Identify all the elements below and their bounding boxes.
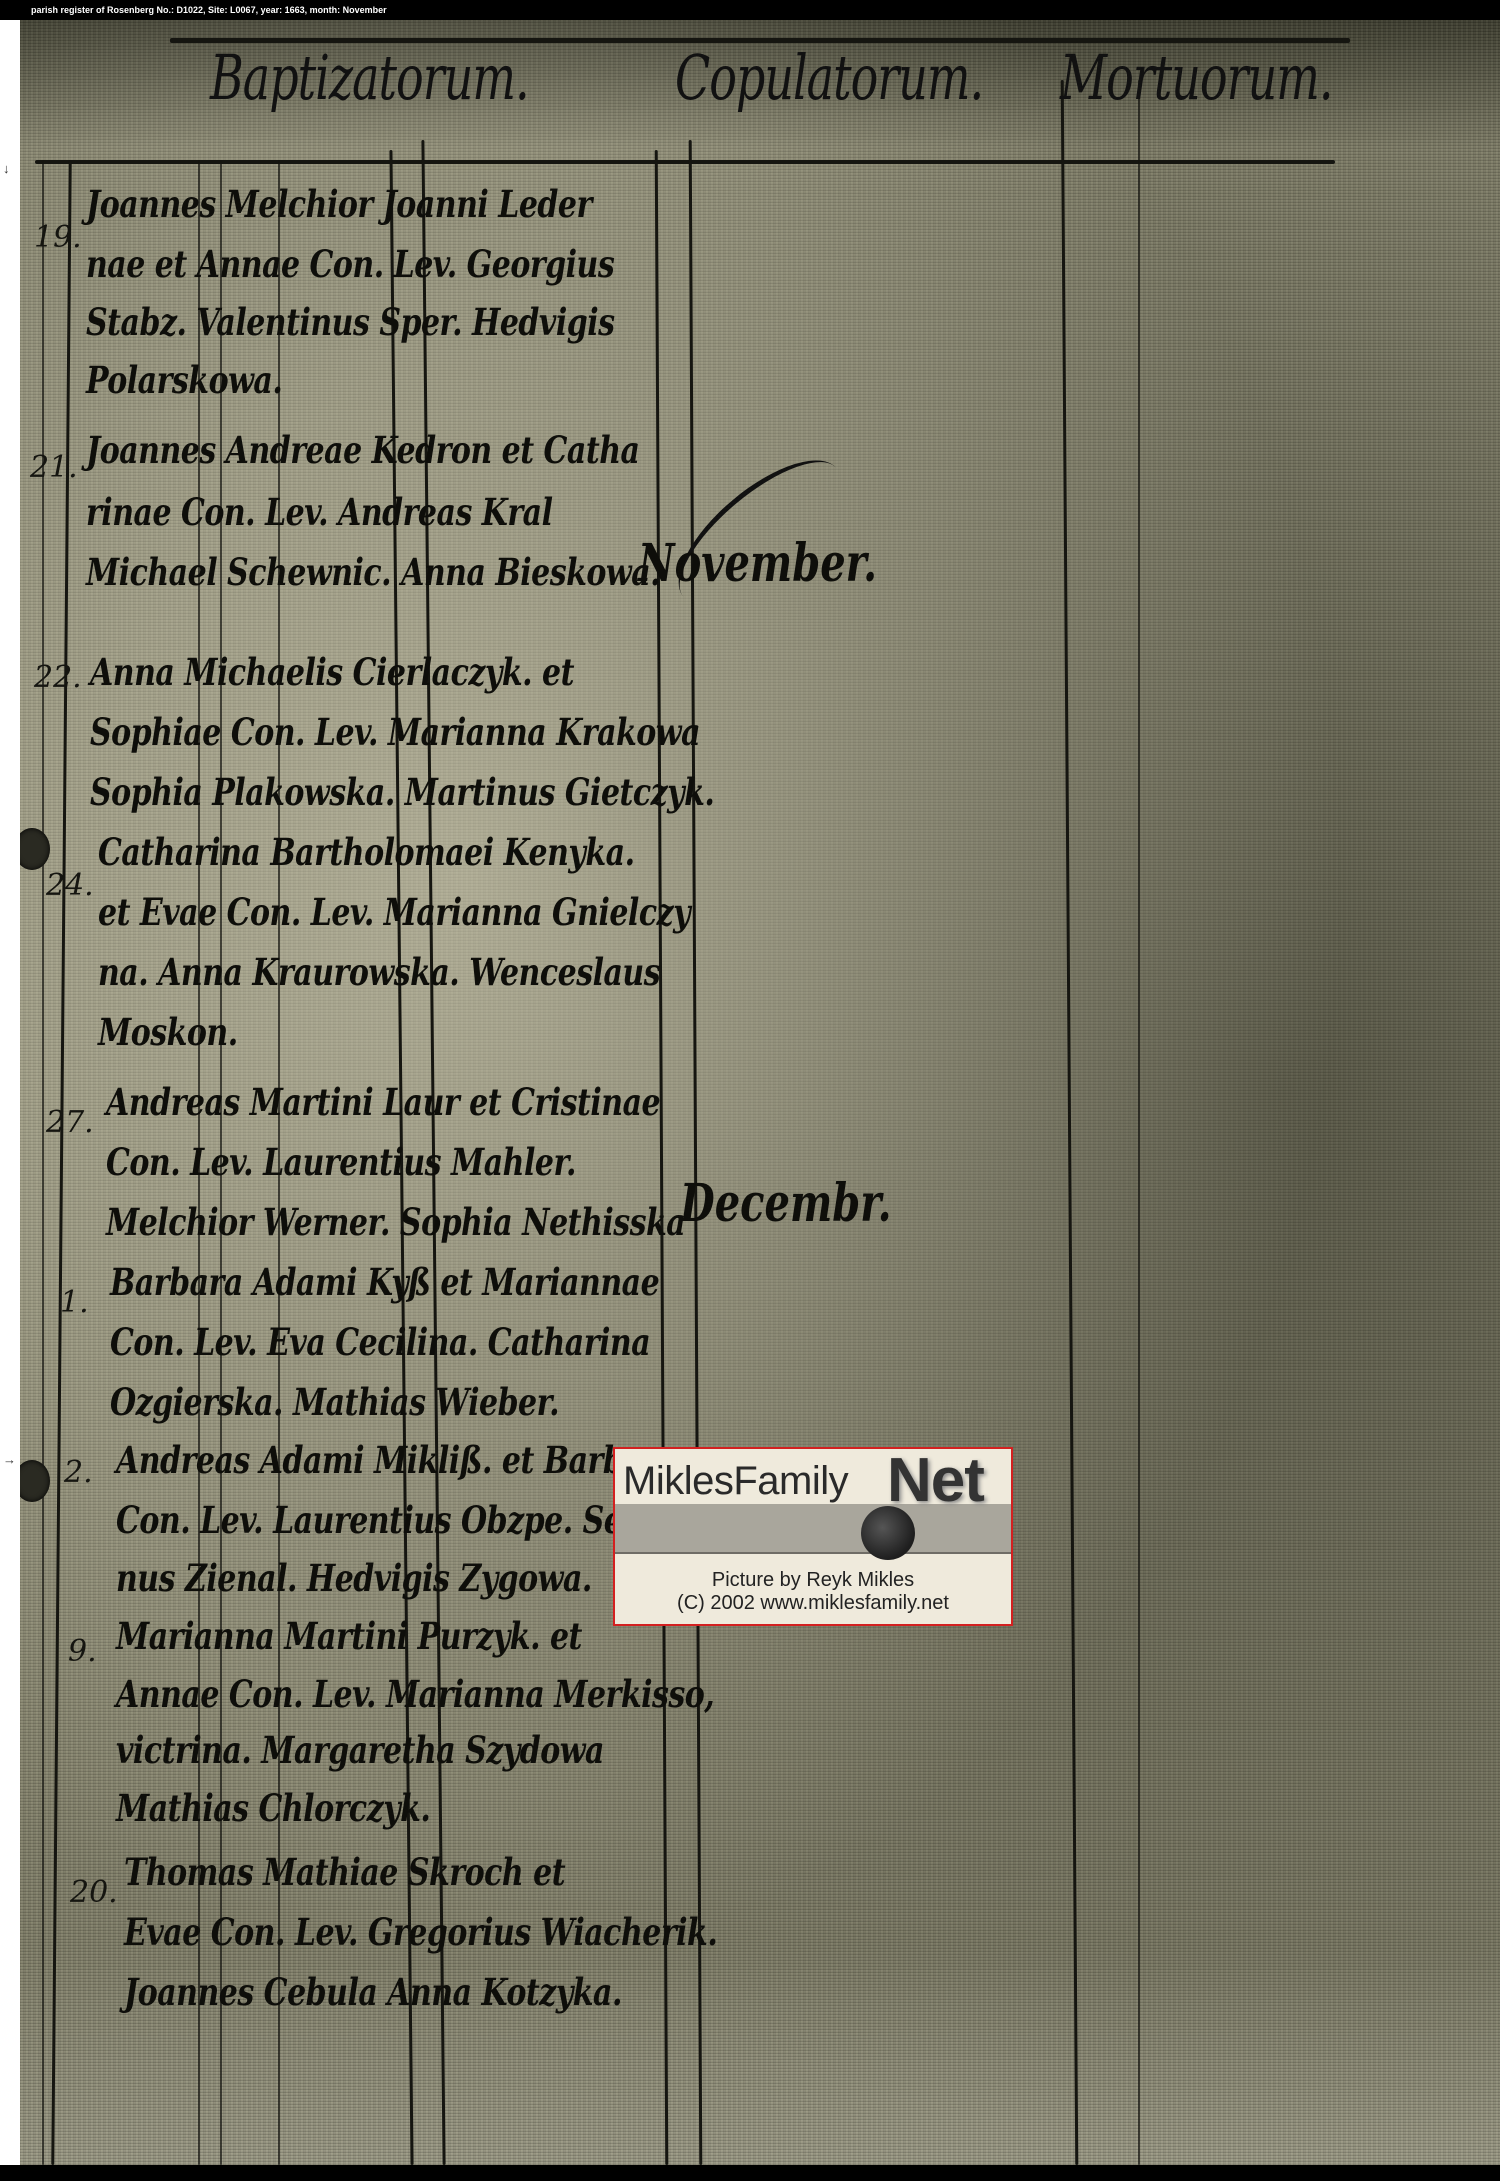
page-edge-line (1138, 80, 1140, 2165)
entry-number: 21. (30, 450, 78, 485)
entry-line: Andreas Martini Laur et Cristinae (106, 1081, 660, 1125)
entry-number: 19. (34, 220, 82, 255)
entry-line: Moskon. (98, 1011, 238, 1055)
entry-line: Con. Lev. Laurentius Mahler. (106, 1141, 576, 1185)
image-caption-bar: parish register of Rosenberg No.: D1022,… (0, 0, 1500, 20)
entry-line: Marianna Martini Purzyk. et (116, 1615, 582, 1659)
entry-line: Sophiae Con. Lev. Marianna Krakowa (90, 711, 700, 755)
entry-line: nae et Annae Con. Lev. Georgius (86, 243, 614, 287)
entry-line: Joannes Andreae Kedron et Catha (86, 429, 639, 473)
punch-hole (20, 1460, 50, 1502)
entry-line: Michael Schewnic. Anna Bieskowa. (86, 551, 660, 595)
entry-line: nus Zienal. Hedvigis Zygowa. (116, 1557, 592, 1601)
entry-number: 27. (46, 1105, 94, 1140)
entry-line: Stabz. Valentinus Sper. Hedvigis (86, 301, 615, 345)
month-mark-november: November. (638, 533, 877, 594)
entry-line: Joannes Melchior Joanni Leder (86, 183, 592, 227)
entry-line: Andreas Adami Mikliß. et Barbarae (116, 1439, 695, 1483)
right-arrow-icon: → (3, 1453, 16, 1466)
entry-line: Melchior Werner. Sophia Nethisska (106, 1201, 685, 1245)
punch-hole (20, 828, 50, 870)
entry-line: Sophia Plakowska. Martinus Gietczyk. (90, 771, 714, 815)
watermark-credit: Picture by Reyk Mikles (615, 1569, 1011, 1592)
down-arrow-icon: ↓ (3, 162, 10, 175)
entry-line: Catharina Bartholomaei Kenyka. (98, 831, 635, 875)
column-header-deaths: Mortuorum. (1060, 41, 1332, 114)
entry-line: Barbara Adami Kyß et Mariannae (110, 1261, 659, 1305)
left-gutter: ↓ → (0, 20, 20, 2181)
marriage-column-right-line (655, 150, 669, 2165)
miklesfamily-watermark: MiklesFamily Net Picture by Reyk Mikles … (613, 1447, 1013, 1626)
entry-line: Annae Con. Lev. Marianna Merkisso, (116, 1673, 714, 1717)
entry-line: Polarskowa. (86, 359, 282, 403)
entry-line: Mathias Chlorczyk. (116, 1787, 430, 1831)
entry-line: Evae Con. Lev. Gregorius Wiacherik. (124, 1911, 717, 1955)
entry-number: 24. (46, 868, 94, 903)
image-caption: parish register of Rosenberg No.: D1022,… (31, 5, 387, 15)
entry-line: na. Anna Kraurowska. Wenceslaus (98, 951, 660, 995)
entry-line: victrina. Margaretha Szydowa (116, 1729, 604, 1773)
entry-line: Anna Michaelis Cierlaczyk. et (90, 651, 574, 695)
watermark-copyright: (C) 2002 www.miklesfamily.net (615, 1592, 1011, 1615)
entry-number: 9. (68, 1634, 97, 1669)
death-column-left-line (689, 140, 703, 2165)
entry-line: Ozgierska. Mathias Wieber. (110, 1381, 559, 1425)
watermark-brand-left: MiklesFamily (623, 1459, 848, 1504)
entry-line: Thomas Mathiae Skroch et (124, 1851, 565, 1895)
entry-number: 1. (60, 1285, 89, 1320)
entry-number: 2. (64, 1455, 93, 1490)
entry-line: Joannes Cebula Anna Kotzyka. (124, 1971, 622, 2015)
entry-line: rinae Con. Lev. Andreas Kral (86, 491, 553, 535)
header-rule (35, 160, 1335, 164)
entry-line: Con. Lev. Eva Cecilina. Catharina (110, 1321, 650, 1365)
month-mark-december: Decembr. (680, 1173, 892, 1234)
column-header-marriages: Copulatorum. (675, 41, 983, 114)
bottom-black-strip (0, 2165, 1500, 2181)
death-column-right-line (1061, 80, 1079, 2165)
entry-number: 22. (34, 660, 82, 695)
register-page-scan: Baptizatorum. Copulatorum. Mortuorum. 19… (20, 20, 1500, 2165)
watermark-brand-right: Net (887, 1447, 984, 1516)
column-header-baptisms: Baptizatorum. (210, 41, 529, 114)
entry-number: 20. (70, 1875, 118, 1910)
entry-line: et Evae Con. Lev. Marianna Gnielczy (98, 891, 690, 935)
